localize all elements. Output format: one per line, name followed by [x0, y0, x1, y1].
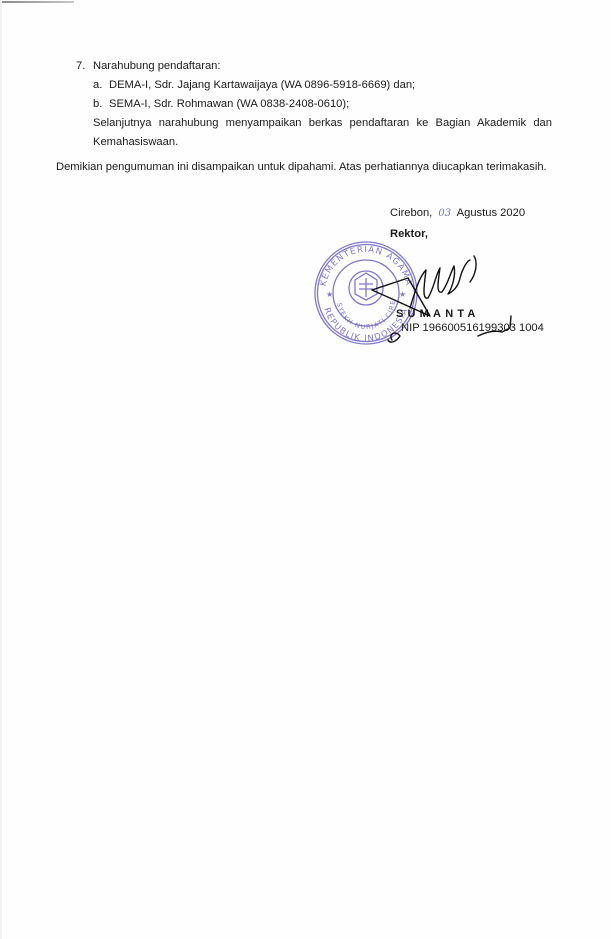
signatory-role: Rektor,: [390, 227, 428, 241]
list-item-number: 7.: [76, 59, 85, 73]
closing-statement: Demikian pengumuman ini disampaikan untu…: [56, 160, 547, 174]
note-line: Selanjutnya narahubung menyampaikan berk…: [93, 116, 552, 130]
document-page: 7. Narahubung pendaftaran: a. DEMA-I, Sd…: [0, 0, 611, 939]
handwritten-day: 03: [435, 208, 454, 219]
month-year: Agustus 2020: [457, 207, 525, 219]
list-item-title: Narahubung pendaftaran:: [93, 59, 221, 73]
sub-item-text: SEMA-I, Sdr. Rohmawan (WA 0838-2408-0610…: [109, 97, 349, 111]
header-rule: [0, 1, 74, 3]
sub-item-label: b.: [93, 97, 102, 111]
svg-text:★: ★: [326, 290, 334, 299]
scan-edge: [0, 0, 2, 939]
sub-item-label: a.: [93, 78, 102, 92]
handwritten-signature-icon: [370, 248, 520, 348]
place-date: Cirebon, 03 Agustus 2020: [390, 206, 525, 221]
sub-item-text: DEMA-I, Sdr. Jajang Kartawaijaya (WA 089…: [109, 78, 415, 92]
note-line: Kemahasiswaan.: [93, 135, 178, 149]
place: Cirebon,: [390, 207, 432, 219]
